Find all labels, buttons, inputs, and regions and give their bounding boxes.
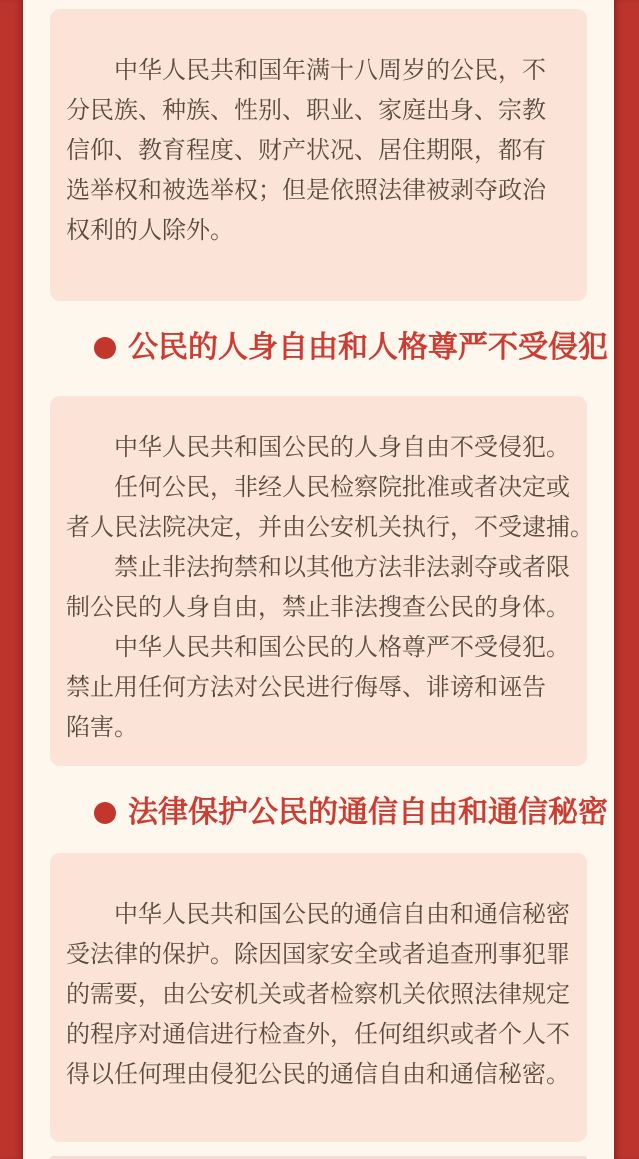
text-line: 的程序对通信进行检查外，任何组织或者个人不: [66, 1014, 571, 1054]
content-panel: 中华人民共和国年满十八周岁的公民，不 分民族、种族、性别、职业、家庭出身、宗教 …: [23, 0, 614, 1159]
text-line: 权利的人除外。: [66, 210, 571, 250]
text-line: 中华人民共和国年满十八周岁的公民，不: [66, 50, 571, 90]
article-card-correspondence: 中华人民共和国公民的通信自由和通信秘密 受法律的保护。除因国家安全或者追查刑事犯…: [50, 853, 587, 1142]
section-heading-personal-freedom: 公民的人身自由和人格尊严不受侵犯: [94, 326, 587, 370]
article-card-electoral-rights: 中华人民共和国年满十八周岁的公民，不 分民族、种族、性别、职业、家庭出身、宗教 …: [50, 9, 587, 301]
section-heading-text: 公民的人身自由和人格尊严不受侵犯: [128, 326, 608, 370]
text-line: 信仰、教育程度、财产状况、居住期限，都有: [66, 130, 571, 170]
bullet-dot-icon: [94, 337, 116, 359]
text-line: 禁止用任何方法对公民进行侮辱、诽谤和诬告: [66, 667, 571, 707]
section-heading-text: 法律保护公民的通信自由和通信秘密: [128, 791, 608, 835]
text-line: 的需要，由公安机关或者检察机关依照法律规定: [66, 974, 571, 1014]
text-line: 选举权和被选举权；但是依照法律被剥夺政治: [66, 170, 571, 210]
bullet-dot-icon: [94, 802, 116, 824]
text-line: 任何公民，非经人民检察院批准或者决定或: [66, 467, 571, 507]
text-line: 中华人民共和国公民的通信自由和通信秘密: [66, 894, 571, 934]
left-red-border: [0, 0, 23, 1159]
right-red-border: [614, 0, 639, 1159]
text-line: 得以任何理由侵犯公民的通信自由和通信秘密。: [66, 1054, 571, 1094]
text-line: 受法律的保护。除因国家安全或者追查刑事犯罪: [66, 934, 571, 974]
text-line: 制公民的人身自由，禁止非法搜查公民的身体。: [66, 587, 571, 627]
article-card-personal-freedom: 中华人民共和国公民的人身自由不受侵犯。 任何公民，非经人民检察院批准或者决定或 …: [50, 396, 587, 766]
section-heading-correspondence: 法律保护公民的通信自由和通信秘密: [94, 791, 587, 835]
text-line: 陷害。: [66, 707, 571, 747]
text-line: 分民族、种族、性别、职业、家庭出身、宗教: [66, 90, 571, 130]
text-line: 者人民法院决定，并由公安机关执行，不受逮捕。: [66, 507, 571, 547]
text-line: 禁止非法拘禁和以其他方法非法剥夺或者限: [66, 547, 571, 587]
text-line: 中华人民共和国公民的人身自由不受侵犯。: [66, 427, 571, 467]
text-line: 中华人民共和国公民的人格尊严不受侵犯。: [66, 627, 571, 667]
